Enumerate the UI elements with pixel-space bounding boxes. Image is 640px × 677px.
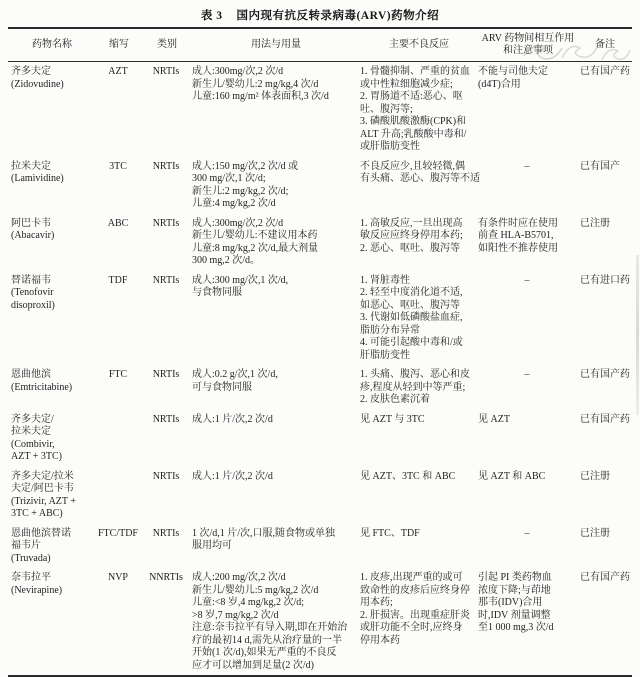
cell-adverse: 1. 高敏反应,一旦出现高 敏反应应终身停用本药; 2. 恶心、呕吐、腹泻等 [360, 214, 478, 271]
cell-adverse: 1. 骨髓抑制、严重的贫血 或中性粒细胞减少症; 2. 胃肠道不适:恶心、呕 吐… [360, 62, 478, 157]
table-title-text: 国内现有抗反转录病毒(ARV)药物介绍 [236, 10, 439, 22]
cell-cls: NRTIs [142, 410, 192, 467]
cell-abbr: AZT [96, 62, 142, 157]
cell-interaction: – [478, 365, 578, 410]
cell-cls: NRTIs [142, 467, 192, 524]
cell-dosage: 成人:0.2 g/次,1 次/d, 可与食物同服 [192, 365, 360, 410]
cell-dosage: 成人:300 mg/次,1 次/d, 与食物同服 [192, 271, 360, 366]
column-header-cls: 类别 [142, 28, 192, 62]
cell-dosage: 成人:1 片/次,2 次/d [192, 467, 360, 524]
table-row: 拉米夫定 (Lamividine)3TCNRTIs成人:150 mg/次,2 次… [8, 157, 632, 214]
cell-adverse: 1. 肾脏毒性 2. 轻至中度消化道不适, 如恶心、呕吐、腹泻等 3. 代谢如低… [360, 271, 478, 366]
cell-abbr: NVP [96, 568, 142, 676]
cell-adverse: 见 AZT 与 3TC [360, 410, 478, 467]
cell-cls: NRTIs [142, 157, 192, 214]
cell-abbr [96, 410, 142, 467]
cell-dosage: 成人:150 mg/次,2 次/d 或 300 mg/次,1 次/d; 新生儿:… [192, 157, 360, 214]
cell-remark: 已有国产药 [578, 62, 632, 157]
cell-interaction: – [478, 524, 578, 569]
table-row: 齐多夫定/拉米 夫定/阿巴卡韦 (Trizivir, AZT + 3TC + A… [8, 467, 632, 524]
column-header-abbr: 缩写 [96, 28, 142, 62]
cell-cls: NRTIs [142, 271, 192, 366]
cell-adverse: 1. 头痛、腹泻、恶心和皮 疹,程度从轻到中等严重; 2. 皮肤色素沉着 [360, 365, 478, 410]
cell-remark: 已有进口药 [578, 271, 632, 366]
cell-remark: 已有国产药 [578, 410, 632, 467]
scan-edge-artifact [636, 255, 639, 415]
column-header-name: 药物名称 [8, 28, 96, 62]
cell-dosage: 成人:1 片/次,2 次/d [192, 410, 360, 467]
cell-abbr [96, 467, 142, 524]
table-row: 替诺福韦 (Tenofovir disoproxil)TDFNRTIs成人:30… [8, 271, 632, 366]
table-row: 恩曲他滨替诺 福韦片 (Truvada)FTC/TDFNRTIs1 次/d,1 … [8, 524, 632, 569]
cell-name: 恩曲他滨 (Emtricitabine) [8, 365, 96, 410]
table-row: 奈韦拉平 (Nevirapine)NVPNNRTIs成人:200 mg/次,2 … [8, 568, 632, 676]
cell-adverse: 1. 皮疹,出现严重的或可 致命性的皮疹后应终身停 用本药; 2. 肝损害。出现… [360, 568, 478, 676]
scanned-table-page: 表 3国内现有抗反转录病毒(ARV)药物介绍 药物名称缩写类别用法与用量主要不良… [0, 0, 640, 677]
column-header-dosage: 用法与用量 [192, 28, 360, 62]
cell-abbr: FTC [96, 365, 142, 410]
cell-dosage: 1 次/d,1 片/次,口服,随食物或单独 服用均可 [192, 524, 360, 569]
cell-dosage: 成人:300mg/次,2 次/d 新生儿/婴幼儿:不建议用本药 儿童:8 mg/… [192, 214, 360, 271]
cell-dosage: 成人:200 mg/次,2 次/d 新生儿/婴幼儿:5 mg/kg,2 次/d … [192, 568, 360, 676]
column-header-interaction: ARV 药物间相互作用 和注意事项 [478, 28, 578, 62]
cell-interaction: 见 AZT 和 ABC [478, 467, 578, 524]
arv-drug-table: 药物名称缩写类别用法与用量主要不良反应ARV 药物间相互作用 和注意事项备注 齐… [8, 27, 632, 677]
table-number: 表 3 [201, 10, 223, 22]
cell-cls: NRTIs [142, 524, 192, 569]
cell-remark: 已注册 [578, 524, 632, 569]
cell-name: 替诺福韦 (Tenofovir disoproxil) [8, 271, 96, 366]
cell-cls: NRTIs [142, 214, 192, 271]
cell-abbr: 3TC [96, 157, 142, 214]
cell-remark: 已有国产药 [578, 568, 632, 676]
cell-cls: NRTIs [142, 62, 192, 157]
cell-adverse: 不良反应少,且较轻微,偶 有头痛、恶心、腹泻等不适 [360, 157, 478, 214]
cell-remark: 已有国产 [578, 157, 632, 214]
table-row: 恩曲他滨 (Emtricitabine)FTCNRTIs成人:0.2 g/次,1… [8, 365, 632, 410]
cell-name: 奈韦拉平 (Nevirapine) [8, 568, 96, 676]
cell-remark: 已注册 [578, 214, 632, 271]
cell-dosage: 成人:300mg/次,2 次/d 新生儿/婴幼儿:2 mg/kg,4 次/d 儿… [192, 62, 360, 157]
cell-name: 齐多夫定/ 拉米夫定 (Combivir, AZT + 3TC) [8, 410, 96, 467]
cell-adverse: 见 AZT、3TC 和 ABC [360, 467, 478, 524]
cell-name: 恩曲他滨替诺 福韦片 (Truvada) [8, 524, 96, 569]
cell-abbr: FTC/TDF [96, 524, 142, 569]
cell-adverse: 见 FTC、TDF [360, 524, 478, 569]
table-body: 齐多夫定 (Zidovudine)AZTNRTIs成人:300mg/次,2 次/… [8, 62, 632, 677]
table-row: 齐多夫定/ 拉米夫定 (Combivir, AZT + 3TC)NRTIs成人:… [8, 410, 632, 467]
cell-name: 阿巴卡韦 (Abacavir) [8, 214, 96, 271]
cell-interaction: 不能与司他夫定 (d4T)合用 [478, 62, 578, 157]
cell-interaction: – [478, 157, 578, 214]
cell-abbr: TDF [96, 271, 142, 366]
table-row: 齐多夫定 (Zidovudine)AZTNRTIs成人:300mg/次,2 次/… [8, 62, 632, 157]
cell-name: 齐多夫定 (Zidovudine) [8, 62, 96, 157]
table-header: 药物名称缩写类别用法与用量主要不良反应ARV 药物间相互作用 和注意事项备注 [8, 28, 632, 62]
header-row: 药物名称缩写类别用法与用量主要不良反应ARV 药物间相互作用 和注意事项备注 [8, 28, 632, 62]
column-header-remark: 备注 [578, 28, 632, 62]
column-header-adverse: 主要不良反应 [360, 28, 478, 62]
cell-remark: 已有国产药 [578, 365, 632, 410]
cell-interaction: 引起 PI 类药物血 浓度下降;与茚地 那韦(IDV)合用 时,IDV 剂量调整… [478, 568, 578, 676]
cell-name: 拉米夫定 (Lamividine) [8, 157, 96, 214]
cell-abbr: ABC [96, 214, 142, 271]
table-title: 表 3国内现有抗反转录病毒(ARV)药物介绍 [0, 0, 640, 23]
cell-interaction: 有条件时应在使用 前查 HLA-B5701, 如阳性不推荐使用 [478, 214, 578, 271]
cell-interaction: 见 AZT [478, 410, 578, 467]
cell-cls: NRTIs [142, 365, 192, 410]
cell-name: 齐多夫定/拉米 夫定/阿巴卡韦 (Trizivir, AZT + 3TC + A… [8, 467, 96, 524]
cell-remark: 已注册 [578, 467, 632, 524]
cell-interaction: – [478, 271, 578, 366]
table-row: 阿巴卡韦 (Abacavir)ABCNRTIs成人:300mg/次,2 次/d … [8, 214, 632, 271]
cell-cls: NNRTIs [142, 568, 192, 676]
